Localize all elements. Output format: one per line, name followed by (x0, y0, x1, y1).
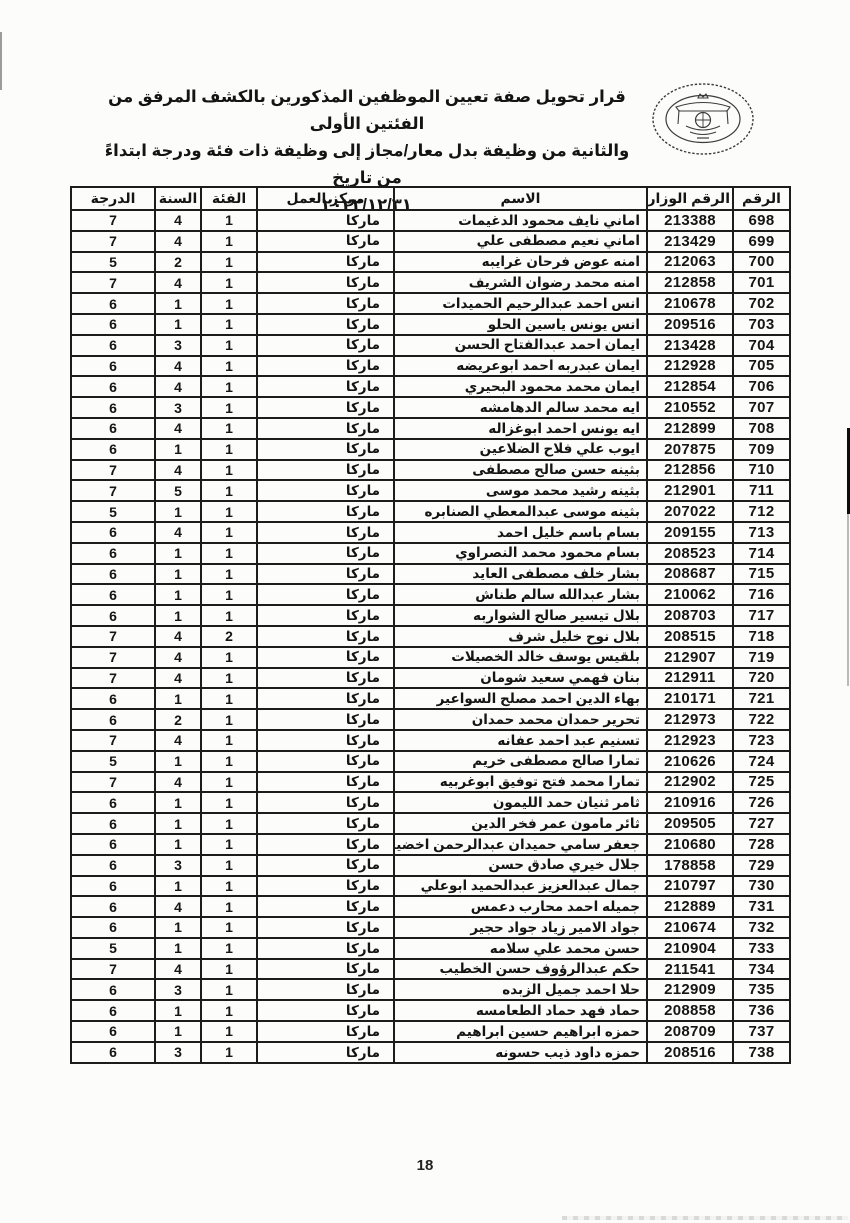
cell-work-center: ماركا (257, 314, 394, 335)
cell-year: 1 (155, 564, 201, 585)
cell-grade: 6 (71, 1042, 155, 1063)
cell-work-center: ماركا (257, 397, 394, 418)
cell-work-center: ماركا (257, 626, 394, 647)
cell-grade: 6 (71, 293, 155, 314)
cell-grade: 6 (71, 1021, 155, 1042)
cell-year: 1 (155, 876, 201, 897)
cell-year: 1 (155, 584, 201, 605)
cell-ministry-number: 211541 (647, 959, 733, 980)
cell-ministry-number: 210171 (647, 688, 733, 709)
table-row: 737208709حمزه ابراهيم حسين ابراهيمماركا1… (71, 1021, 790, 1042)
cell-grade: 6 (71, 418, 155, 439)
table-row: 732210674جواد الامير زياد جواد حجيرماركا… (71, 917, 790, 938)
table-row: 719212907بلقيس يوسف خالد الخصيلاتماركا14… (71, 647, 790, 668)
cell-name: تسنيم عبد احمد عفانه (394, 730, 647, 751)
cell-category: 1 (201, 252, 257, 273)
cell-year: 2 (155, 709, 201, 730)
cell-year: 1 (155, 293, 201, 314)
table-header-row: الرقمالرقم الوزاريالاسممركز العملالفئةال… (71, 187, 790, 210)
cell-name: ايه محمد سالم الدهامشه (394, 397, 647, 418)
cell-category: 1 (201, 501, 257, 522)
cell-work-center: ماركا (257, 813, 394, 834)
table-row: 731212889جميله احمد محارب دعمسماركا146 (71, 896, 790, 917)
cell-ministry-number: 210678 (647, 293, 733, 314)
table-row: 713209155بسام باسم خليل احمدماركا146 (71, 522, 790, 543)
cell-category: 1 (201, 231, 257, 252)
cell-ministry-number: 207875 (647, 439, 733, 460)
cell-grade: 6 (71, 834, 155, 855)
cell-work-center: ماركا (257, 501, 394, 522)
cell-work-center: ماركا (257, 210, 394, 231)
cell-grade: 6 (71, 522, 155, 543)
cell-grade: 5 (71, 252, 155, 273)
cell-work-center: ماركا (257, 252, 394, 273)
table-row: 738208516حمزه داود ذيب حسونهماركا136 (71, 1042, 790, 1063)
cell-category: 1 (201, 543, 257, 564)
cell-category: 1 (201, 813, 257, 834)
cell-serial: 717 (733, 605, 790, 626)
table-row: 699213429اماني نعيم مصطفى عليماركا147 (71, 231, 790, 252)
cell-serial: 702 (733, 293, 790, 314)
cell-category: 1 (201, 668, 257, 689)
table-row: 703209516انس يونس ياسين الحلوماركا116 (71, 314, 790, 335)
cell-grade: 6 (71, 855, 155, 876)
title-line-2: والثانية من وظيفة بدل معار/مجاز إلى وظيف… (93, 138, 641, 192)
cell-ministry-number: 207022 (647, 501, 733, 522)
cell-category: 1 (201, 564, 257, 585)
cell-category: 1 (201, 1042, 257, 1063)
cell-name: تمارا محمد فتح توفيق ابوغربيه (394, 772, 647, 793)
table-row: 698213388اماني نايف محمود الدغيماتماركا1… (71, 210, 790, 231)
cell-category: 1 (201, 688, 257, 709)
title-line-1: قرار تحويل صفة تعيين الموظفين المذكورين … (93, 84, 641, 138)
cell-category: 1 (201, 376, 257, 397)
scan-edge-artifact (847, 514, 849, 686)
cell-category: 1 (201, 751, 257, 772)
cell-name: امنه عوض فرحان غرايبه (394, 252, 647, 273)
cell-serial: 729 (733, 855, 790, 876)
table-row: 704213428ايمان احمد عبدالفتاح الحسنماركا… (71, 335, 790, 356)
cell-serial: 715 (733, 564, 790, 585)
column-header-work-center: مركز العمل (257, 187, 394, 210)
cell-work-center: ماركا (257, 917, 394, 938)
cell-serial: 700 (733, 252, 790, 273)
cell-name: بنان فهمي سعيد شومان (394, 668, 647, 689)
cell-serial: 712 (733, 501, 790, 522)
cell-category: 2 (201, 626, 257, 647)
table-row: 736208858حماد فهد حماد الطعامسهماركا116 (71, 1000, 790, 1021)
cell-work-center: ماركا (257, 439, 394, 460)
cell-category: 1 (201, 397, 257, 418)
cell-grade: 6 (71, 584, 155, 605)
cell-ministry-number: 212909 (647, 979, 733, 1000)
cell-grade: 6 (71, 356, 155, 377)
cell-work-center: ماركا (257, 855, 394, 876)
cell-name: بلال تيسير صالح الشواربه (394, 605, 647, 626)
scanned-document-page: { "colors": { "paper": "#fcfcfb", "ink":… (0, 0, 850, 1223)
cell-ministry-number: 208703 (647, 605, 733, 626)
cell-ministry-number: 212063 (647, 252, 733, 273)
cell-year: 4 (155, 418, 201, 439)
cell-work-center: ماركا (257, 460, 394, 481)
table-row: 700212063امنه عوض فرحان غرايبهماركا125 (71, 252, 790, 273)
cell-name: بثينه حسن صالح مصطفى (394, 460, 647, 481)
cell-ministry-number: 212923 (647, 730, 733, 751)
cell-grade: 7 (71, 210, 155, 231)
cell-serial: 728 (733, 834, 790, 855)
cell-serial: 706 (733, 376, 790, 397)
cell-ministry-number: 212973 (647, 709, 733, 730)
cell-name: حمزه ابراهيم حسين ابراهيم (394, 1021, 647, 1042)
cell-grade: 6 (71, 1000, 155, 1021)
cell-name: حسن محمد علي سلامه (394, 938, 647, 959)
cell-grade: 6 (71, 543, 155, 564)
cell-serial: 705 (733, 356, 790, 377)
cell-name: بشار خلف مصطفى العايد (394, 564, 647, 585)
table-row: 727209505ثائر مامون عمر فخر الدينماركا11… (71, 813, 790, 834)
cell-year: 4 (155, 376, 201, 397)
cell-name: بسام محمود محمد النصراوي (394, 543, 647, 564)
cell-category: 1 (201, 917, 257, 938)
cell-grade: 7 (71, 730, 155, 751)
cell-year: 1 (155, 688, 201, 709)
table-row: 728210680جعفر سامي حميدان عبدالرحمن اخضي… (71, 834, 790, 855)
cell-name: حمزه داود ذيب حسونه (394, 1042, 647, 1063)
cell-serial: 701 (733, 272, 790, 293)
cell-grade: 7 (71, 460, 155, 481)
table-row: 729178858جلال خيري صادق حسنماركا136 (71, 855, 790, 876)
cell-ministry-number: 210797 (647, 876, 733, 897)
cell-serial: 719 (733, 647, 790, 668)
cell-ministry-number: 210680 (647, 834, 733, 855)
cell-name: تمارا صالح مصطفى خريم (394, 751, 647, 772)
column-header-category: الفئة (201, 187, 257, 210)
cell-name: جواد الامير زياد جواد حجير (394, 917, 647, 938)
cell-grade: 6 (71, 709, 155, 730)
cell-category: 1 (201, 522, 257, 543)
cell-year: 1 (155, 1021, 201, 1042)
table-row: 726210916ثامر ثنيان حمد الليمونماركا116 (71, 792, 790, 813)
cell-category: 1 (201, 210, 257, 231)
cell-ministry-number: 209155 (647, 522, 733, 543)
cell-category: 1 (201, 709, 257, 730)
cell-ministry-number: 212928 (647, 356, 733, 377)
cell-grade: 7 (71, 231, 155, 252)
cell-work-center: ماركا (257, 605, 394, 626)
cell-name: بسام باسم خليل احمد (394, 522, 647, 543)
cell-name: حلا احمد جميل الزبده (394, 979, 647, 1000)
cell-work-center: ماركا (257, 959, 394, 980)
cell-year: 3 (155, 855, 201, 876)
cell-serial: 737 (733, 1021, 790, 1042)
cell-name: ايمان محمد محمود البحيري (394, 376, 647, 397)
column-header-year: السنة (155, 187, 201, 210)
cell-work-center: ماركا (257, 647, 394, 668)
cell-work-center: ماركا (257, 751, 394, 772)
cell-serial: 736 (733, 1000, 790, 1021)
cell-ministry-number: 208516 (647, 1042, 733, 1063)
cell-category: 1 (201, 584, 257, 605)
cell-name: جمال عبدالعزيز عبدالحميد ابوعلي (394, 876, 647, 897)
cell-serial: 720 (733, 668, 790, 689)
table-row: 730210797جمال عبدالعزيز عبدالحميد ابوعلي… (71, 876, 790, 897)
cell-work-center: ماركا (257, 896, 394, 917)
table-row: 706212854ايمان محمد محمود البحيريماركا14… (71, 376, 790, 397)
table-row: 711212901بثينه رشيد محمد موسىماركا157 (71, 480, 790, 501)
cell-grade: 7 (71, 626, 155, 647)
cell-year: 1 (155, 1000, 201, 1021)
cell-ministry-number: 208687 (647, 564, 733, 585)
cell-category: 1 (201, 356, 257, 377)
cell-name: حكم عبدالرؤوف حسن الخطيب (394, 959, 647, 980)
cell-serial: 731 (733, 896, 790, 917)
cell-work-center: ماركا (257, 1000, 394, 1021)
cell-work-center: ماركا (257, 522, 394, 543)
cell-serial: 699 (733, 231, 790, 252)
table-row: 723212923تسنيم عبد احمد عفانهماركا147 (71, 730, 790, 751)
cell-serial: 703 (733, 314, 790, 335)
cell-serial: 732 (733, 917, 790, 938)
cell-grade: 6 (71, 792, 155, 813)
cell-serial: 722 (733, 709, 790, 730)
cell-ministry-number: 213429 (647, 231, 733, 252)
cell-category: 1 (201, 335, 257, 356)
cell-ministry-number: 212907 (647, 647, 733, 668)
cell-category: 1 (201, 314, 257, 335)
ministry-seal-icon (650, 80, 756, 158)
cell-category: 1 (201, 834, 257, 855)
cell-work-center: ماركا (257, 1042, 394, 1063)
cell-grade: 7 (71, 668, 155, 689)
cell-category: 1 (201, 792, 257, 813)
cell-work-center: ماركا (257, 376, 394, 397)
column-header-ministry-number: الرقم الوزاري (647, 187, 733, 210)
cell-serial: 726 (733, 792, 790, 813)
cell-name: ثامر ثنيان حمد الليمون (394, 792, 647, 813)
table-row: 709207875ايوب علي فلاح الضلاعينماركا116 (71, 439, 790, 460)
cell-serial: 725 (733, 772, 790, 793)
table-row: 702210678انس احمد عبدالرحيم الحميداتمارك… (71, 293, 790, 314)
cell-year: 1 (155, 543, 201, 564)
cell-name: جعفر سامي حميدان عبدالرحمن اخضير (394, 834, 647, 855)
cell-category: 1 (201, 855, 257, 876)
cell-grade: 6 (71, 397, 155, 418)
cell-ministry-number: 208523 (647, 543, 733, 564)
table-row: 717208703بلال تيسير صالح الشواربهماركا11… (71, 605, 790, 626)
cell-name: بلال نوح خليل شرف (394, 626, 647, 647)
table-row: 725212902تمارا محمد فتح توفيق ابوغربيهما… (71, 772, 790, 793)
cell-year: 4 (155, 626, 201, 647)
cell-serial: 716 (733, 584, 790, 605)
cell-name: بشار عبدالله سالم طناش (394, 584, 647, 605)
table-row: 708212899ايه يونس احمد ابوغزالهماركا146 (71, 418, 790, 439)
cell-year: 4 (155, 522, 201, 543)
table-row: 707210552ايه محمد سالم الدهامشهماركا136 (71, 397, 790, 418)
cell-grade: 6 (71, 979, 155, 1000)
table-row: 720212911بنان فهمي سعيد شومانماركا147 (71, 668, 790, 689)
cell-ministry-number: 208709 (647, 1021, 733, 1042)
cell-serial: 698 (733, 210, 790, 231)
cell-grade: 6 (71, 335, 155, 356)
cell-work-center: ماركا (257, 356, 394, 377)
cell-grade: 6 (71, 439, 155, 460)
cell-name: بهاء الدين احمد مصلح السواعير (394, 688, 647, 709)
cell-year: 4 (155, 460, 201, 481)
cell-serial: 714 (733, 543, 790, 564)
cell-name: تحرير حمدان محمد حمدان (394, 709, 647, 730)
cell-year: 1 (155, 834, 201, 855)
cell-year: 4 (155, 730, 201, 751)
cell-grade: 5 (71, 751, 155, 772)
cell-category: 1 (201, 1021, 257, 1042)
table-row: 716210062بشار عبدالله سالم طناشماركا116 (71, 584, 790, 605)
cell-year: 1 (155, 439, 201, 460)
cell-category: 1 (201, 418, 257, 439)
cell-category: 1 (201, 876, 257, 897)
cell-category: 1 (201, 959, 257, 980)
cell-ministry-number: 212902 (647, 772, 733, 793)
cell-ministry-number: 212901 (647, 480, 733, 501)
cell-name: اماني نايف محمود الدغيمات (394, 210, 647, 231)
scan-edge-artifact (0, 32, 2, 90)
cell-name: بلقيس يوسف خالد الخصيلات (394, 647, 647, 668)
cell-year: 1 (155, 314, 201, 335)
cell-serial: 735 (733, 979, 790, 1000)
cell-grade: 5 (71, 938, 155, 959)
cell-ministry-number: 210674 (647, 917, 733, 938)
cell-work-center: ماركا (257, 979, 394, 1000)
cell-year: 4 (155, 210, 201, 231)
cell-grade: 6 (71, 896, 155, 917)
cell-year: 4 (155, 356, 201, 377)
cell-work-center: ماركا (257, 418, 394, 439)
cell-serial: 711 (733, 480, 790, 501)
cell-ministry-number: 178858 (647, 855, 733, 876)
table-row: 735212909حلا احمد جميل الزبدهماركا136 (71, 979, 790, 1000)
cell-year: 1 (155, 813, 201, 834)
cell-work-center: ماركا (257, 688, 394, 709)
cell-work-center: ماركا (257, 480, 394, 501)
cell-year: 3 (155, 335, 201, 356)
cell-category: 1 (201, 439, 257, 460)
cell-name: اماني نعيم مصطفى علي (394, 231, 647, 252)
cell-ministry-number: 208515 (647, 626, 733, 647)
cell-work-center: ماركا (257, 709, 394, 730)
table-row: 718208515بلال نوح خليل شرفماركا247 (71, 626, 790, 647)
cell-work-center: ماركا (257, 293, 394, 314)
cell-year: 3 (155, 979, 201, 1000)
cell-ministry-number: 212856 (647, 460, 733, 481)
cell-serial: 709 (733, 439, 790, 460)
cell-serial: 733 (733, 938, 790, 959)
cell-category: 1 (201, 272, 257, 293)
cell-grade: 7 (71, 959, 155, 980)
cell-serial: 724 (733, 751, 790, 772)
cell-work-center: ماركا (257, 272, 394, 293)
cell-work-center: ماركا (257, 543, 394, 564)
employee-table-container: الرقمالرقم الوزاريالاسممركز العملالفئةال… (72, 186, 791, 1064)
cell-ministry-number: 209516 (647, 314, 733, 335)
cell-work-center: ماركا (257, 772, 394, 793)
cell-serial: 707 (733, 397, 790, 418)
cell-year: 4 (155, 959, 201, 980)
cell-ministry-number: 212889 (647, 896, 733, 917)
cell-grade: 6 (71, 564, 155, 585)
cell-category: 1 (201, 605, 257, 626)
table-row: 714208523بسام محمود محمد النصراويماركا11… (71, 543, 790, 564)
cell-category: 1 (201, 293, 257, 314)
cell-name: ايمان احمد عبدالفتاح الحسن (394, 335, 647, 356)
cell-name: ثائر مامون عمر فخر الدين (394, 813, 647, 834)
cell-serial: 713 (733, 522, 790, 543)
cell-grade: 6 (71, 605, 155, 626)
cell-category: 1 (201, 938, 257, 959)
cell-year: 4 (155, 668, 201, 689)
cell-work-center: ماركا (257, 730, 394, 751)
cell-work-center: ماركا (257, 834, 394, 855)
cell-work-center: ماركا (257, 938, 394, 959)
cell-name: بثينه موسى عبدالمعطي الصنابره (394, 501, 647, 522)
cell-grade: 7 (71, 772, 155, 793)
cell-ministry-number: 210916 (647, 792, 733, 813)
cell-ministry-number: 212899 (647, 418, 733, 439)
cell-name: ايه يونس احمد ابوغزاله (394, 418, 647, 439)
cell-grade: 6 (71, 314, 155, 335)
cell-year: 1 (155, 751, 201, 772)
cell-grade: 6 (71, 917, 155, 938)
cell-name: انس احمد عبدالرحيم الحميدات (394, 293, 647, 314)
cell-name: ايمان عبدربه احمد ابوعريضه (394, 356, 647, 377)
employee-table-body: 698213388اماني نايف محمود الدغيماتماركا1… (71, 210, 790, 1063)
cell-year: 1 (155, 938, 201, 959)
cell-serial: 718 (733, 626, 790, 647)
cell-category: 1 (201, 460, 257, 481)
cell-ministry-number: 212911 (647, 668, 733, 689)
cell-grade: 6 (71, 688, 155, 709)
table-row: 710212856بثينه حسن صالح مصطفىماركا147 (71, 460, 790, 481)
cell-work-center: ماركا (257, 231, 394, 252)
cell-serial: 710 (733, 460, 790, 481)
table-row: 722212973تحرير حمدان محمد حمدانماركا126 (71, 709, 790, 730)
column-header-serial: الرقم (733, 187, 790, 210)
cell-grade: 6 (71, 813, 155, 834)
cell-ministry-number: 210626 (647, 751, 733, 772)
cell-category: 1 (201, 730, 257, 751)
scan-smudge-artifact (562, 1216, 848, 1220)
cell-name: جميله احمد محارب دعمس (394, 896, 647, 917)
table-row: 705212928ايمان عبدربه احمد ابوعريضهماركا… (71, 356, 790, 377)
cell-grade: 7 (71, 647, 155, 668)
cell-serial: 721 (733, 688, 790, 709)
cell-work-center: ماركا (257, 668, 394, 689)
cell-work-center: ماركا (257, 335, 394, 356)
cell-year: 4 (155, 896, 201, 917)
cell-ministry-number: 209505 (647, 813, 733, 834)
cell-work-center: ماركا (257, 876, 394, 897)
cell-ministry-number: 212858 (647, 272, 733, 293)
cell-name: انس يونس ياسين الحلو (394, 314, 647, 335)
table-row: 733210904حسن محمد علي سلامهماركا115 (71, 938, 790, 959)
employee-table: الرقمالرقم الوزاريالاسممركز العملالفئةال… (70, 186, 791, 1064)
cell-grade: 6 (71, 376, 155, 397)
cell-ministry-number: 213428 (647, 335, 733, 356)
cell-year: 1 (155, 501, 201, 522)
cell-ministry-number: 210062 (647, 584, 733, 605)
table-row: 701212858امنه محمد رضوان الشريفماركا147 (71, 272, 790, 293)
cell-year: 3 (155, 1042, 201, 1063)
cell-category: 1 (201, 1000, 257, 1021)
cell-grade: 6 (71, 876, 155, 897)
